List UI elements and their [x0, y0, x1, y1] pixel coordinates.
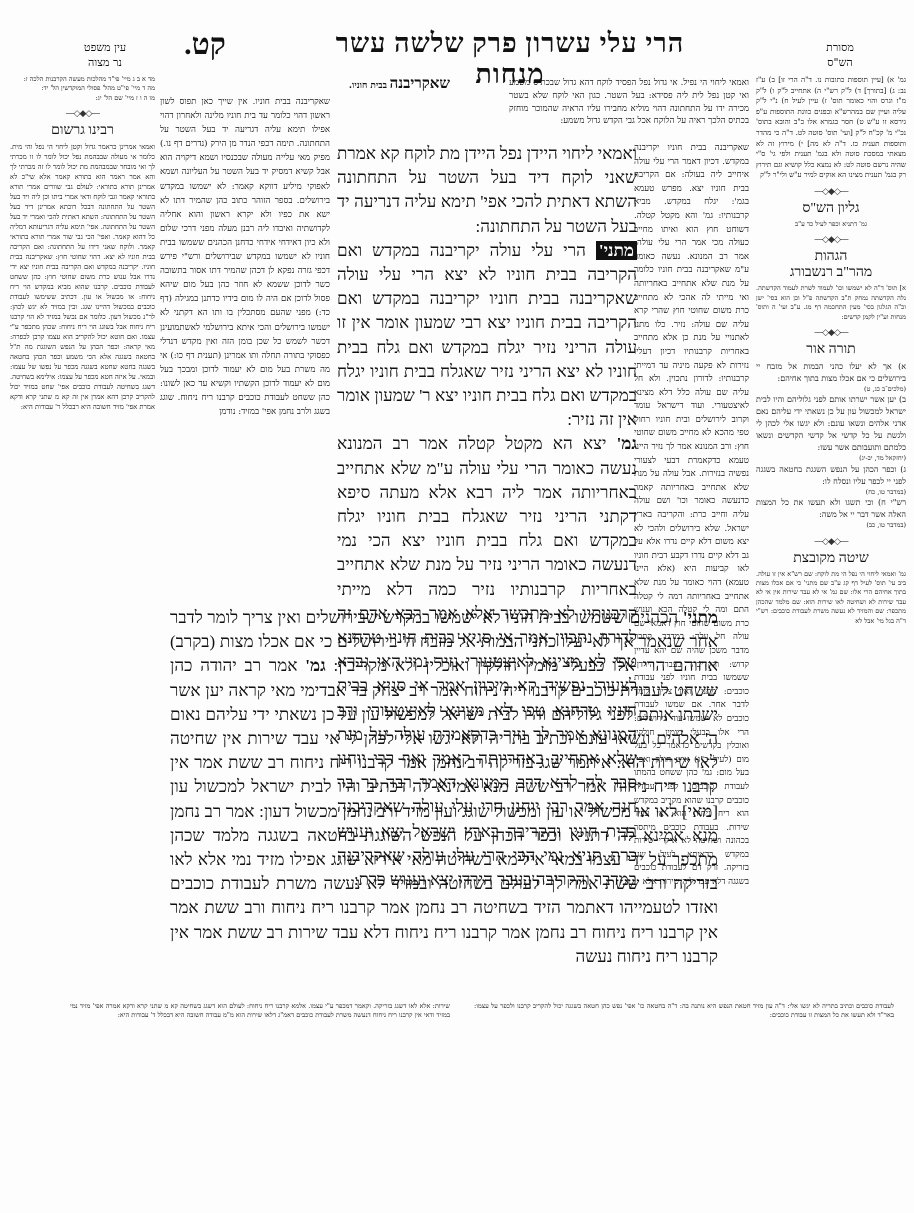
- torah-or-entry: ב) יען אשר ישרתו אותם לפני גלוליהם והיו …: [756, 394, 906, 463]
- ornament-divider: —◇◆◇—: [756, 187, 906, 197]
- gilyon-hashas-text: גמ' דתניא וכפר לעיל כד ע"ב: [756, 220, 906, 229]
- torah-or-entry: ג) וכפר הכהן על הנפש השגגת בחטאה בשגגה ל…: [756, 464, 906, 497]
- ornament-divider: —◇◆◇—: [756, 537, 906, 547]
- torah-or-title: תורה אור: [756, 342, 906, 358]
- rabbeinu-gershom-title: רבינו גרשום: [10, 123, 155, 139]
- verse-source: (במדבר טו, כב): [756, 521, 906, 530]
- shita-mekubetzet-text: גמ' ואמאי ליחוי הי נפל הי מת לוקח: שם רש…: [756, 570, 906, 626]
- tosafot-top: שאקריבנה בבית חוניו.: [160, 77, 450, 93]
- ein-mishpat-entry: מה ד מיי' פי"ט מהל' פסולי המוקדשין הל' י…: [10, 84, 155, 93]
- margin-label-line: הש"ס: [810, 55, 870, 70]
- hagahot-subtitle: מהר"ב רנשבורג: [756, 265, 906, 281]
- verse-source: (יחזקאל מד, יב-יג): [756, 454, 906, 463]
- verse-source: (במדבר טו, כח): [756, 488, 906, 497]
- hagahot-text: א] תוס' ד"ה לא ישמשו וכו' לעמוד לשרת לעמ…: [756, 284, 906, 322]
- daf-number: קט.: [175, 28, 235, 62]
- ornament-divider: —◇◆◇—: [756, 235, 906, 245]
- gemara-label: גמ': [617, 434, 637, 453]
- dibbur-hamatchil-tail: בבית חוניו.: [349, 81, 387, 91]
- hagahot-title: הגהות: [756, 249, 906, 265]
- margin-label-line: נר מצוה: [60, 55, 150, 70]
- gemara-label: גמ': [305, 656, 325, 675]
- shita-mekubetzet-title: שיטה מקובצת: [756, 551, 906, 567]
- ein-mishpat-label: עין משפט נר מצוה: [60, 40, 150, 70]
- verse-text: רש"י ח) וכי תשגו ולא תעשו את כל המצות הא…: [756, 497, 906, 521]
- verse-text: ג) וכפר הכהן על הנפש השגגת בחטאה בשגגה ל…: [756, 464, 906, 488]
- mishnah-paragraph: מתני' הרי עלי עולה יקריבנה במקדש ואם הקר…: [337, 239, 637, 433]
- left-margin-column: מד א ב ג מיי' פי"ד מהלכות מעשה הקרבנות ה…: [10, 75, 155, 412]
- tosafot-column: שאקריבנה בבית חוניו. אין שייך כאן תפוס ל…: [160, 95, 330, 565]
- matni-label: מתני': [683, 608, 718, 627]
- matni-label: מתני': [596, 241, 637, 260]
- gemara-paragraph: ואמאי ליחוי היידן נפל היידן מת לוקח קא א…: [337, 142, 637, 239]
- torah-or-entry: רש"י ח) וכי תשגו ולא תעשו את כל המצות הא…: [756, 497, 906, 530]
- torah-or-entry: א) אך לא יעלו כהני הבמות אל מזבח יי בירו…: [756, 361, 906, 394]
- footnote-right: לעבודת כוכבים וכתיב בתריה לא יגשו אלי: ד…: [474, 1002, 894, 1021]
- margin-label-line: מסורת: [810, 40, 870, 55]
- rabbeinu-gershom-text: ואמאי אמרינן כראמר גדול וקטן ליחוי הי נפ…: [10, 142, 155, 412]
- rashi-top: ואמאי ליחוי הי נפיל. אי גדול נפל הפסיד ל…: [509, 77, 749, 128]
- gemara-text: אמר רב יהודה כהן ששחט לעבודת כוכבים קרבנ…: [170, 656, 718, 965]
- ornament-divider: —◇◆◇—: [756, 328, 906, 338]
- right-margin-column: גמ' א) [עיין תוספות כתובות נו. ד"ה הרי ז…: [756, 75, 906, 626]
- tosafot-header: שאקריבנה בבית חוניו.: [160, 77, 450, 93]
- footnote-left: שירות: אלא לאו דשגג בזריקה. וקאמר דמכפר …: [70, 1002, 450, 1021]
- dibbur-hamatchil: שאקריבנה: [390, 74, 450, 92]
- tosafot-text: שאקריבנה בבית חוניו. אין שייך כאן תפוס ל…: [160, 95, 330, 419]
- rashi-column: ואמאי ליחוי הי נפיל. אי גדול נפל הפסיד ל…: [509, 77, 749, 128]
- verse-source: (מלכים־ב כג, ט): [756, 385, 906, 394]
- margin-label-line: עין משפט: [60, 40, 150, 55]
- mishnah-paragraph: מתני' הכהנים ששמשו בבית חוניו לא ישמשו ב…: [170, 606, 718, 966]
- gilyon-hashas-title: גליון הש"ס: [756, 201, 906, 217]
- ornament-divider: —◇◆◇—: [10, 109, 155, 119]
- verse-text: א) אך לא יעלו כהני הבמות אל מזבח יי בירו…: [756, 361, 906, 385]
- gemara-block-lower: מתני' הכהנים ששמשו בבית חוניו לא ישמשו ב…: [170, 606, 718, 966]
- mishnah-text: הרי עלי עולה יקריבנה במקדש ואם הקריבה בב…: [337, 241, 637, 429]
- masoret-hashas-label: מסורת הש"ס: [810, 40, 870, 70]
- ein-mishpat-entry: מו ה ו ז מיי' שם הל' יג:: [10, 94, 155, 103]
- masoret-hashas-text: גמ' א) [עיין תוספות כתובות נו. ד"ה הרי ז…: [756, 75, 906, 181]
- ein-mishpat-entry: מד א ב ג מיי' פי"ד מהלכות מעשה הקרבנות ה…: [10, 75, 155, 84]
- verse-text: ב) יען אשר ישרתו אותם לפני גלוליהם והיו …: [756, 394, 906, 454]
